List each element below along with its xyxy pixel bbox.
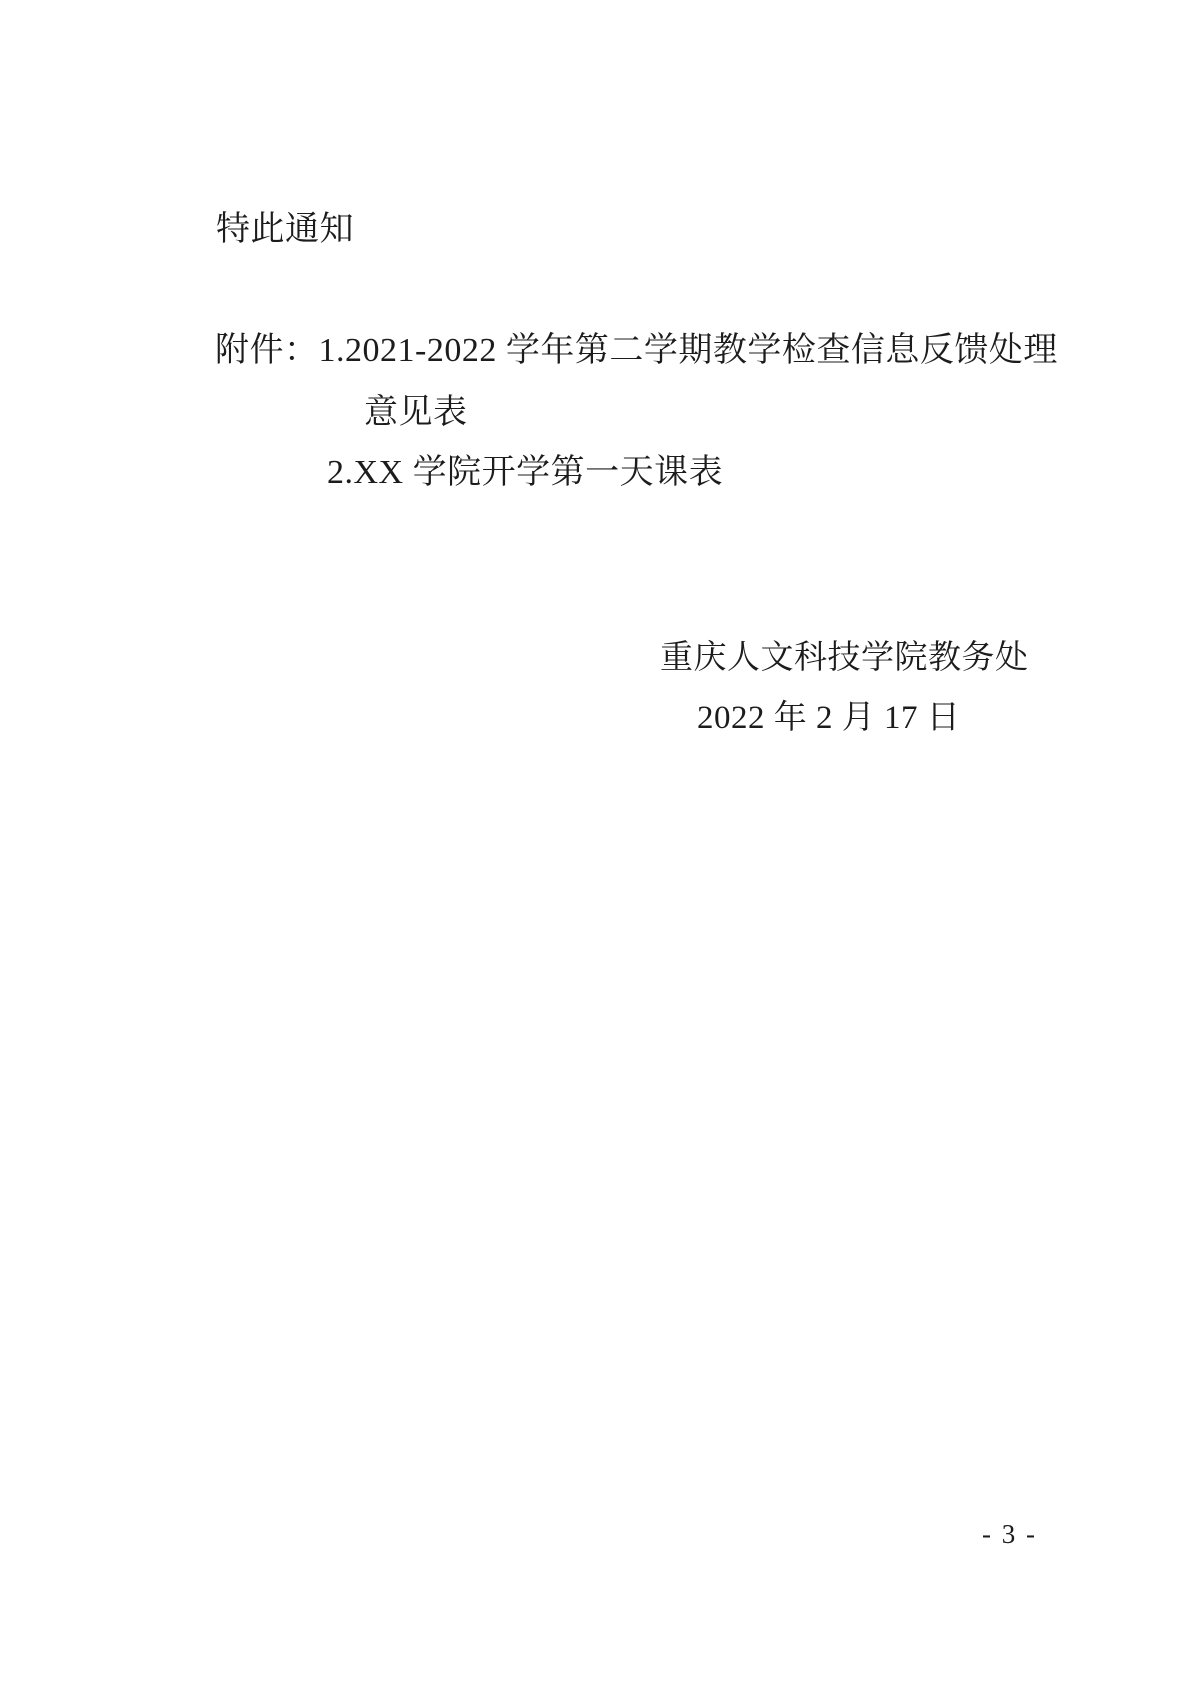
signature-organization: 重庆人文科技学院教务处 <box>660 642 1029 675</box>
attachment-item-1-line-2: 意见表 <box>364 396 468 430</box>
closing-text: 特此通知 <box>216 213 354 247</box>
page-number: - 3 - <box>982 1521 1037 1548</box>
attachment-item-2: 2.XX 学院开学第一天课表 <box>327 456 723 490</box>
signature-date: 2022 年 2 月 17 日 <box>697 702 960 735</box>
document-page: 特此通知 附件：1.2021-2022 学年第二学期教学检查信息反馈处理 意见表… <box>0 0 1191 1684</box>
attachment-item-1-line-1: 附件：1.2021-2022 学年第二学期教学检查信息反馈处理 <box>215 334 1058 368</box>
